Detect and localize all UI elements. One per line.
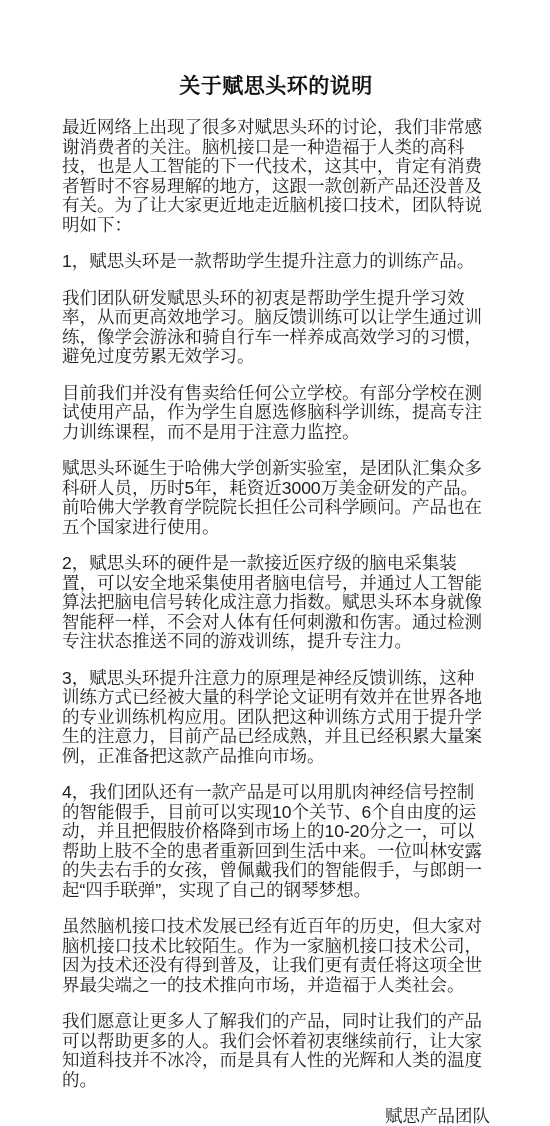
point-1-heading: 1，赋思头环是一款帮助学生提升注意力的训练产品。: [62, 252, 490, 272]
point-3-paragraph: 3，赋思头环提升注意力的原理是神经反馈训练，这种训练方式已经被大量的科学论文证明…: [62, 669, 490, 767]
signature: 赋思产品团队: [62, 1107, 490, 1126]
closing-paragraph: 我们愿意让更多人了解我们的产品，同时让我们的产品可以帮助更多的人。我们会怀着初衷…: [62, 1012, 490, 1090]
intro-paragraph: 最近网络上出现了很多对赋思头环的讨论，我们非常感谢消费者的关注。脑机接口是一种造…: [62, 118, 490, 235]
document-page: 关于赋思头环的说明 最近网络上出现了很多对赋思头环的讨论，我们非常感谢消费者的关…: [62, 0, 490, 1126]
page-title: 关于赋思头环的说明: [62, 74, 490, 100]
point-1-paragraph: 我们团队研发赋思头环的初衷是帮助学生提升学习效率，从而更高效地学习。脑反馈训练可…: [62, 289, 490, 367]
origin-paragraph: 赋思头环诞生于哈佛大学创新实验室，是团队汇集众多科研人员，历时5年，耗资近300…: [62, 459, 490, 537]
schools-paragraph: 目前我们并没有售卖给任何公立学校。有部分学校在测试使用产品，作为学生自愿选修脑科…: [62, 384, 490, 443]
history-paragraph: 虽然脑机接口技术发展已经有近百年的历史，但大家对脑机接口技术比较陌生。作为一家脑…: [62, 917, 490, 995]
point-4-paragraph: 4，我们团队还有一款产品是可以用肌肉神经信号控制的智能假手，目前可以实现10个关…: [62, 783, 490, 900]
point-2-paragraph: 2，赋思头环的硬件是一款接近医疗级的脑电采集装置，可以安全地采集使用者脑电信号，…: [62, 554, 490, 652]
